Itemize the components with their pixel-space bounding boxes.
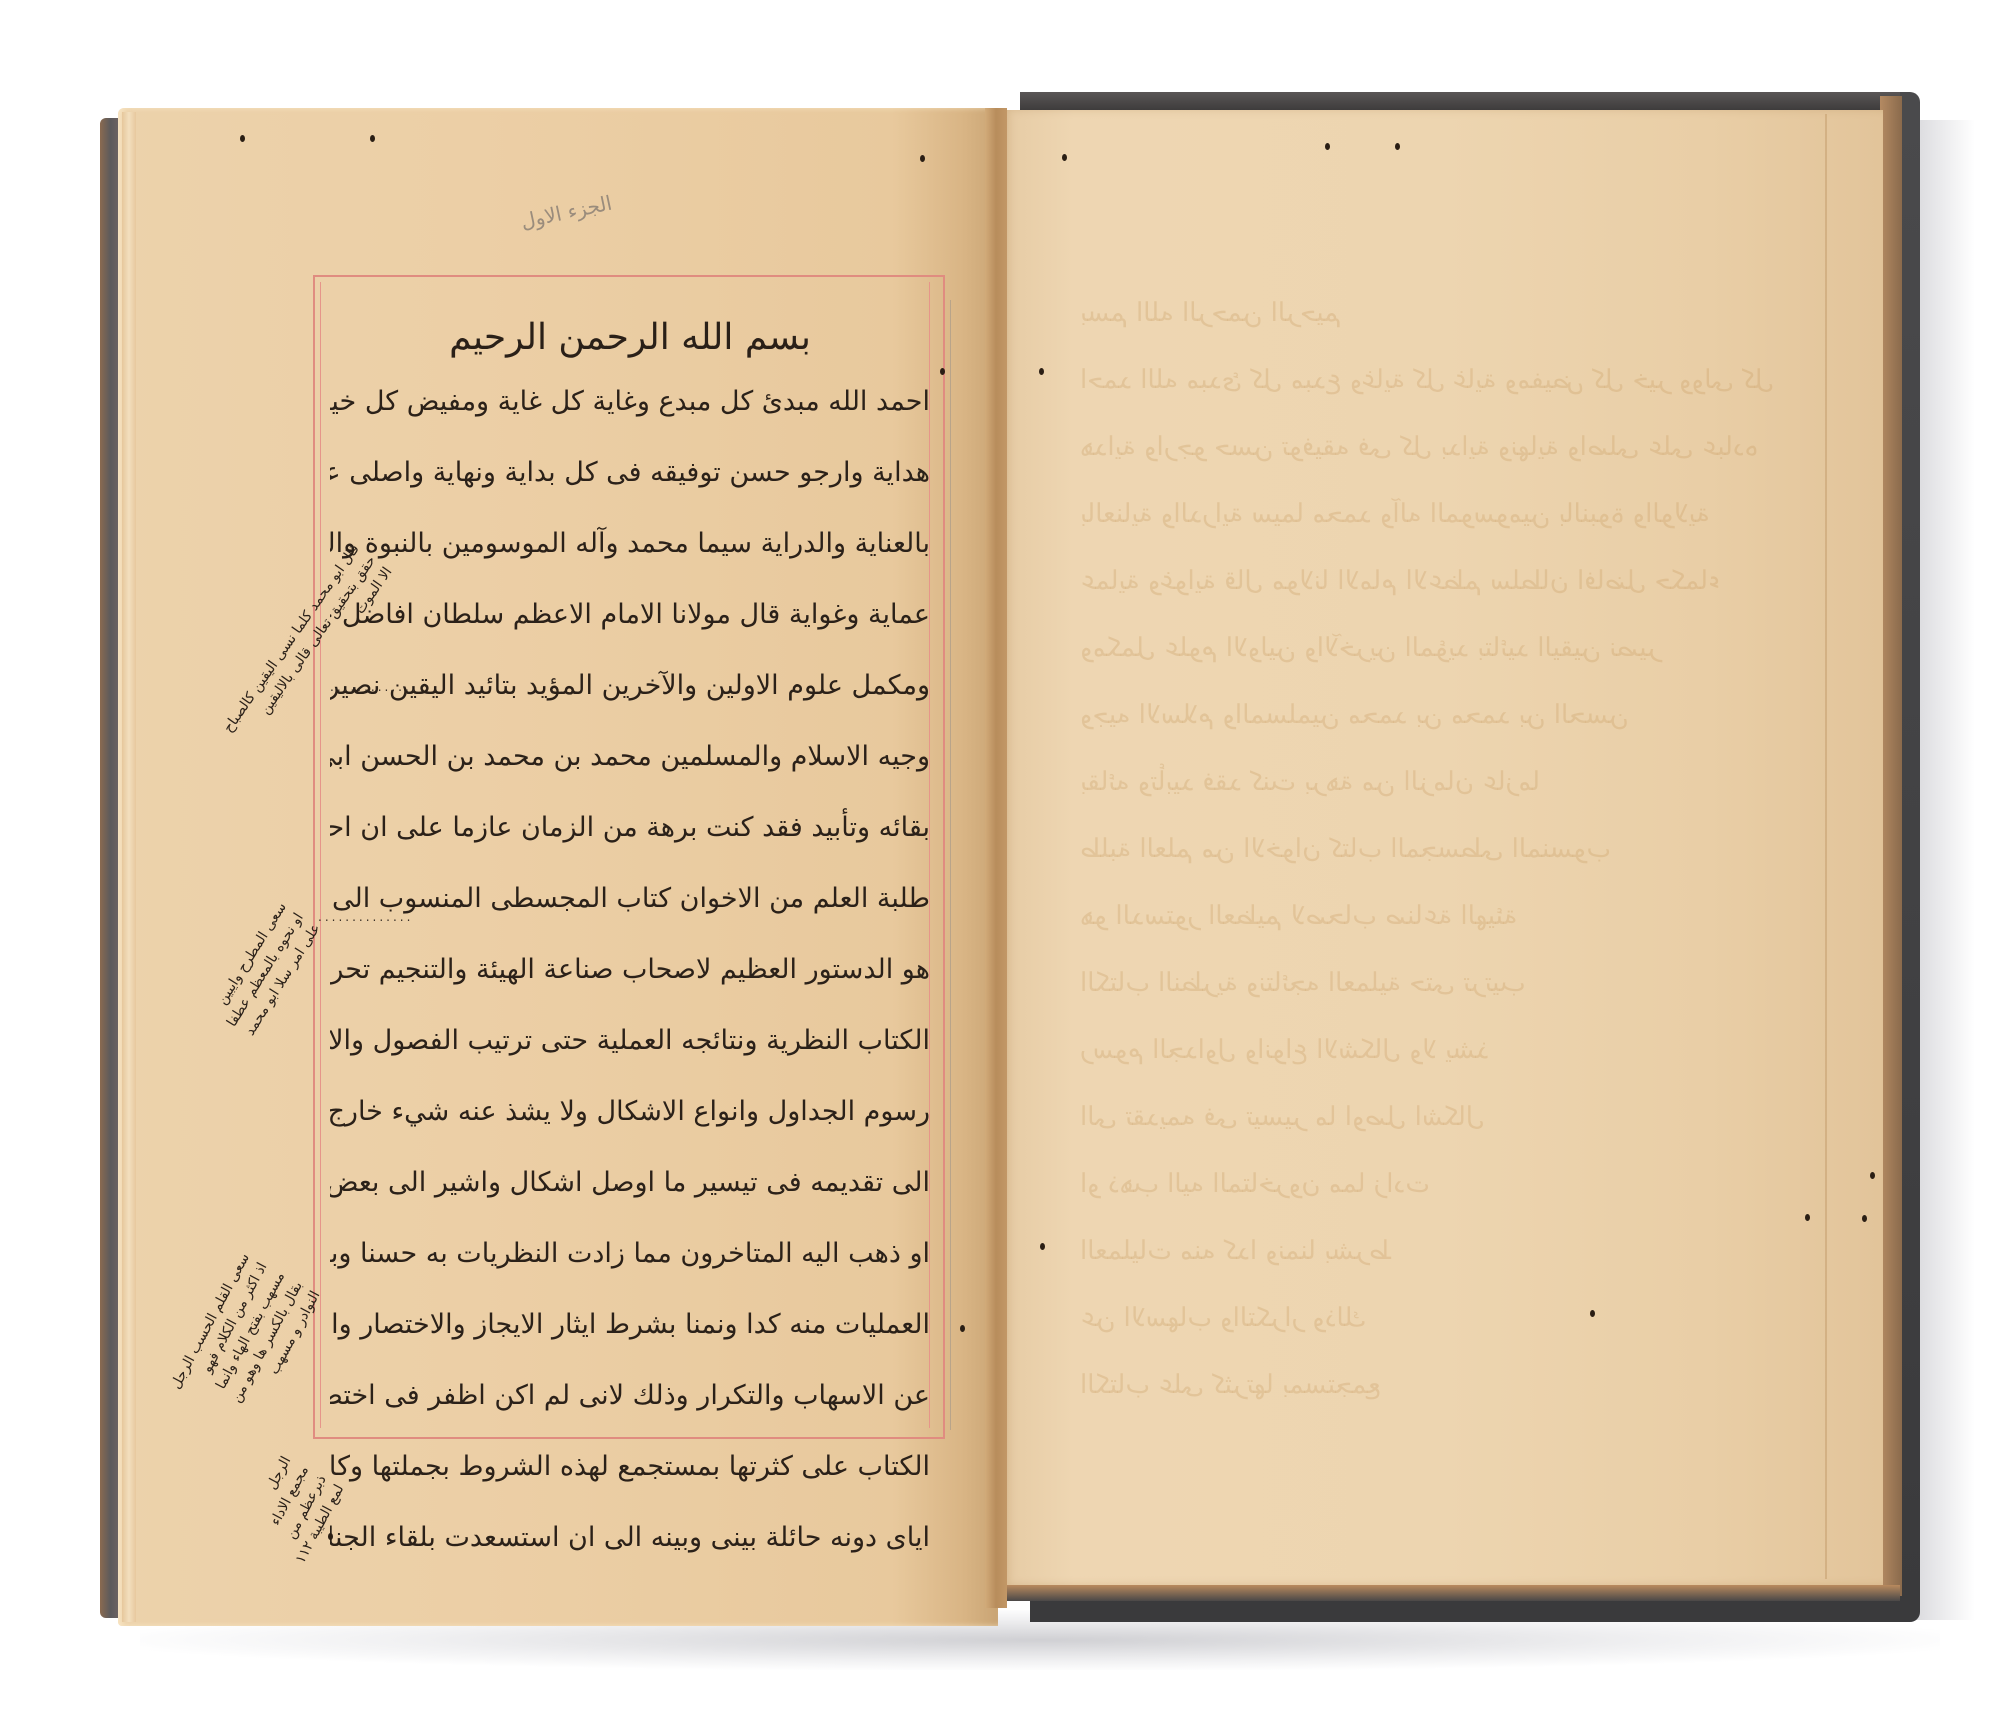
wormhole xyxy=(1040,1243,1045,1250)
wormhole xyxy=(328,1533,333,1540)
left-page-edges xyxy=(122,112,136,1622)
wormhole xyxy=(920,155,925,162)
reference-dots: ............. xyxy=(330,680,419,694)
wormhole xyxy=(1062,154,1067,161)
wormhole xyxy=(1870,1172,1875,1179)
text-line: اياى دونه حائلة بينى وبينه الى ان استسعد… xyxy=(330,1502,930,1573)
ghost-line: هداية وارجو حسن توفيقه فى كل بداية ونهاي… xyxy=(1080,414,1780,481)
text-line: بقائه وتأبيد فقد كنت برهة من الزمان عازم… xyxy=(330,792,930,863)
ghost-line: او ذهب اليه المتاخرون مما زادت xyxy=(1080,1151,1780,1218)
main-text-block: بسم الله الرحمن الرحيم احمد الله مبدئ كل… xyxy=(330,290,930,1420)
ghost-line: رسوم الجداول وانواع الاشكال ولا يشذ xyxy=(1080,1017,1780,1084)
wormhole xyxy=(1039,368,1044,375)
book-shadow-right xyxy=(1915,120,1975,1620)
text-line: ومكمل علوم الاولين والآخرين المؤيد بتائي… xyxy=(330,650,930,721)
wormhole xyxy=(1862,1215,1867,1222)
wormhole xyxy=(960,1325,965,1332)
text-line: الكتاب على كثرتها بمستجمع لهذه الشروط بج… xyxy=(330,1431,930,1502)
text-line: هو الدستور العظيم لاصحاب صناعة الهيئة وا… xyxy=(330,934,930,1005)
right-page-fold-line xyxy=(1825,114,1827,1579)
ghost-line: هو الدستور العظيم لاصحاب صناعة الهيئة xyxy=(1080,883,1780,950)
reference-dots: .............. xyxy=(318,910,413,924)
ghost-line: طلبة العلم من الاخوان كتاب المجسطى المنس… xyxy=(1080,816,1780,883)
ghost-line: ومكمل علوم الاولين والآخرين المؤيد بتائي… xyxy=(1080,615,1780,682)
text-line: احمد الله مبدئ كل مبدع وغاية كل غاية ومف… xyxy=(330,366,930,437)
text-line: هداية وارجو حسن توفيقه فى كل بداية ونهاي… xyxy=(330,437,930,508)
wormhole xyxy=(1805,1214,1810,1221)
text-line: رسوم الجداول وانواع الاشكال ولا يشذ عنه … xyxy=(330,1076,930,1147)
ghost-line: احمد الله مبدئ كل مبدع وغاية كل غاية ومف… xyxy=(1080,347,1780,414)
text-line: عماية وغواية قال مولانا الامام الاعظم سل… xyxy=(330,579,930,650)
wormhole xyxy=(1325,143,1330,150)
wormhole xyxy=(1395,143,1400,150)
basmala-heading: بسم الله الرحمن الرحيم xyxy=(330,310,930,366)
ghost-line: الى تقديمه فى تيسير ما اوصل اشكال xyxy=(1080,1084,1780,1151)
ghost-line: وجيه الاسلام والمسلمين محمد بن محمد بن ا… xyxy=(1080,682,1780,749)
ghost-line: الكتاب النظرية ونتائجه العملية حتى ترتيب xyxy=(1080,950,1780,1017)
wormhole xyxy=(940,368,945,375)
ghost-line: عماية وغواية قال مولانا الامام الاعظم سل… xyxy=(1080,548,1780,615)
margin-guide-line xyxy=(950,300,951,1430)
cover-top-edge xyxy=(1020,92,1900,110)
text-line: الكتاب النظرية ونتائجه العملية حتى ترتيب… xyxy=(330,1005,930,1076)
text-line: او ذهب اليه المتاخرون مما زادت النظريات … xyxy=(330,1218,930,1289)
wormhole xyxy=(1590,1310,1595,1317)
cover-bottom-edge xyxy=(1000,1585,1900,1601)
text-line: بالعناية والدراية سيما محمد وآله الموسوم… xyxy=(330,508,930,579)
gutter xyxy=(985,108,1007,1608)
text-line: العمليات منه كدا ونمنا بشرط ايثار الايجا… xyxy=(330,1289,930,1360)
wormhole xyxy=(370,135,375,142)
cover-worn-edge xyxy=(1880,96,1902,1596)
text-line: طلبة العلم من الاخوان كتاب المجسطى المنس… xyxy=(330,863,930,934)
ghost-line: بالعناية والدراية سيما محمد وآله الموسوم… xyxy=(1080,481,1780,548)
text-line: عن الاسهاب والتكرار وذلك لانى لم اكن اظف… xyxy=(330,1360,930,1431)
ghost-line: عن الاسهاب والتكرار وذلك xyxy=(1080,1285,1780,1352)
text-line: وجيه الاسلام والمسلمين محمد بن محمد بن ا… xyxy=(330,721,930,792)
ghost-line: بقائه وتأبيد فقد كنت برهة من الزمان عازم… xyxy=(1080,749,1780,816)
ink-show-through: بسم الله الرحمن الرحيم احمد الله مبدئ كل… xyxy=(1080,280,1780,1419)
ghost-line: الكتاب على كثرتها بمستجمع xyxy=(1080,1352,1780,1419)
wormhole xyxy=(240,135,245,142)
ghost-line: بسم الله الرحمن الرحيم xyxy=(1080,280,1780,347)
ghost-line: العمليات منه كدا ونمنا بشرط xyxy=(1080,1218,1780,1285)
text-line: الى تقديمه فى تيسير ما اوصل اشكال واشير … xyxy=(330,1147,930,1218)
